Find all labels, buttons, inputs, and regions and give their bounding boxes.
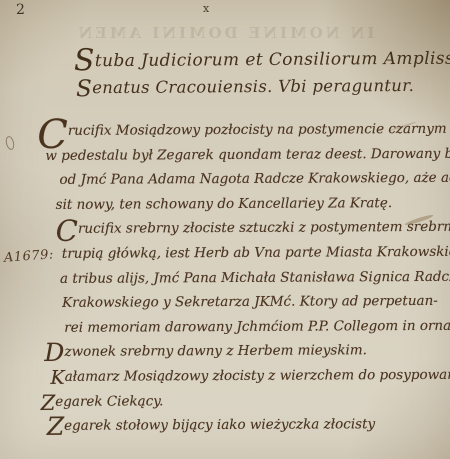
- heading-line-2: Senatus Cracouiensis. Vbi peraguntur.: [76, 73, 446, 103]
- manuscript-line: sit nowy, ten schowany do Kancellariey Z…: [56, 191, 450, 218]
- page-number: 2: [16, 2, 26, 18]
- manuscript-line: w pedestalu był Zegarek quondam teraz de…: [45, 141, 449, 168]
- manuscript-line: Kałamarz Mosiądzowy złocisty z wierzchem…: [50, 363, 450, 390]
- heading: Stuba Judiciorum et Consiliorum Amplissi…: [74, 45, 446, 103]
- manuscript-line: Krakowskiego y Sekretarza JKMć. Ktory ad…: [62, 289, 450, 316]
- manuscript-line: Dzwonek srebrny dawny z Herbem mieyskim.: [44, 338, 450, 365]
- manuscript-line: od Jmć Pana Adama Nagota Radcze Krakowsk…: [59, 166, 449, 193]
- manuscript-line: Zegarek Ciekący.: [41, 387, 450, 414]
- manuscript-page: IN NOMINE DOMINI AMEN 2 x Stuba Judicior…: [0, 0, 450, 459]
- quire-mark: x: [203, 2, 209, 15]
- manuscript-body: Crucifix Mosiądzowy pozłocisty na postym…: [0, 117, 450, 439]
- manuscript-line: trupią główką, iest Herb ab Vna parte Mi…: [62, 240, 450, 267]
- bleedthrough-text: IN NOMINE DOMINI AMEN: [60, 24, 390, 42]
- manuscript-line: Zegarek stołowy bijący iako wieżyczka zł…: [47, 412, 450, 439]
- heading-line-1: Stuba Judiciorum et Consiliorum Amplissi…: [74, 45, 446, 76]
- manuscript-line: Crucifix srebrny złociste sztuczki z pos…: [56, 215, 450, 242]
- manuscript-line: a tribus alijs, Jmć Pana Michała Stanisł…: [60, 264, 450, 291]
- manuscript-line: Crucifix Mosiądzowy pozłocisty na postym…: [37, 117, 449, 144]
- manuscript-line: rei memoriam darowany Jchmćiom P.P. Coll…: [64, 314, 450, 341]
